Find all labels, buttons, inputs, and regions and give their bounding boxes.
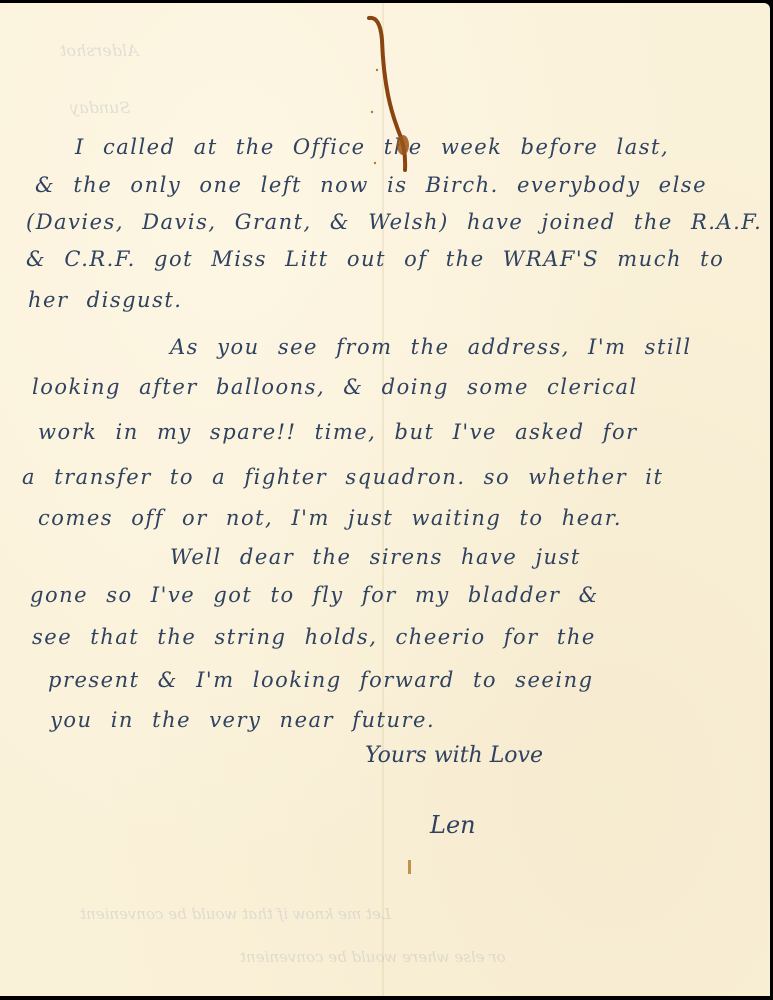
letter-line: & the only one left now is Birch. everyb… xyxy=(35,173,707,197)
letter-line: a transfer to a fighter squadron. so whe… xyxy=(22,465,663,489)
bleed-through-text: or else where would be convenient xyxy=(240,948,506,966)
letter-line: I called at the Office the week before l… xyxy=(75,135,669,159)
letter-line: gone so I've got to fly for my bladder & xyxy=(30,583,599,607)
letter-line: present & I'm looking forward to seeing xyxy=(48,668,594,692)
bleed-through-text: Sunday xyxy=(70,98,130,117)
letter-page: Aldershot Sunday Let me know if that wou… xyxy=(0,3,770,996)
letter-line: work in my spare!! time, but I've asked … xyxy=(38,420,638,444)
letter-line: As you see from the address, I'm still xyxy=(170,335,692,359)
letter-line: comes off or not, I'm just waiting to he… xyxy=(38,506,622,530)
letter-line: Well dear the sirens have just xyxy=(170,545,581,569)
letter-line: see that the string holds, cheerio for t… xyxy=(32,625,596,649)
letter-line: her disgust. xyxy=(28,288,182,312)
bleed-through-text: Let me know if that would be convenient xyxy=(80,905,391,923)
letter-signature: Len xyxy=(430,811,476,839)
letter-line: (Davies, Davis, Grant, & Welsh) have joi… xyxy=(26,210,762,234)
bleed-through-text: Aldershot xyxy=(60,41,139,60)
letter-closing: Yours with Love xyxy=(365,743,543,768)
letter-line: & C.R.F. got Miss Litt out of the WRAF'S… xyxy=(26,247,724,271)
letter-line: looking after balloons, & doing some cle… xyxy=(32,375,638,399)
letter-line: you in the very near future. xyxy=(50,708,435,732)
